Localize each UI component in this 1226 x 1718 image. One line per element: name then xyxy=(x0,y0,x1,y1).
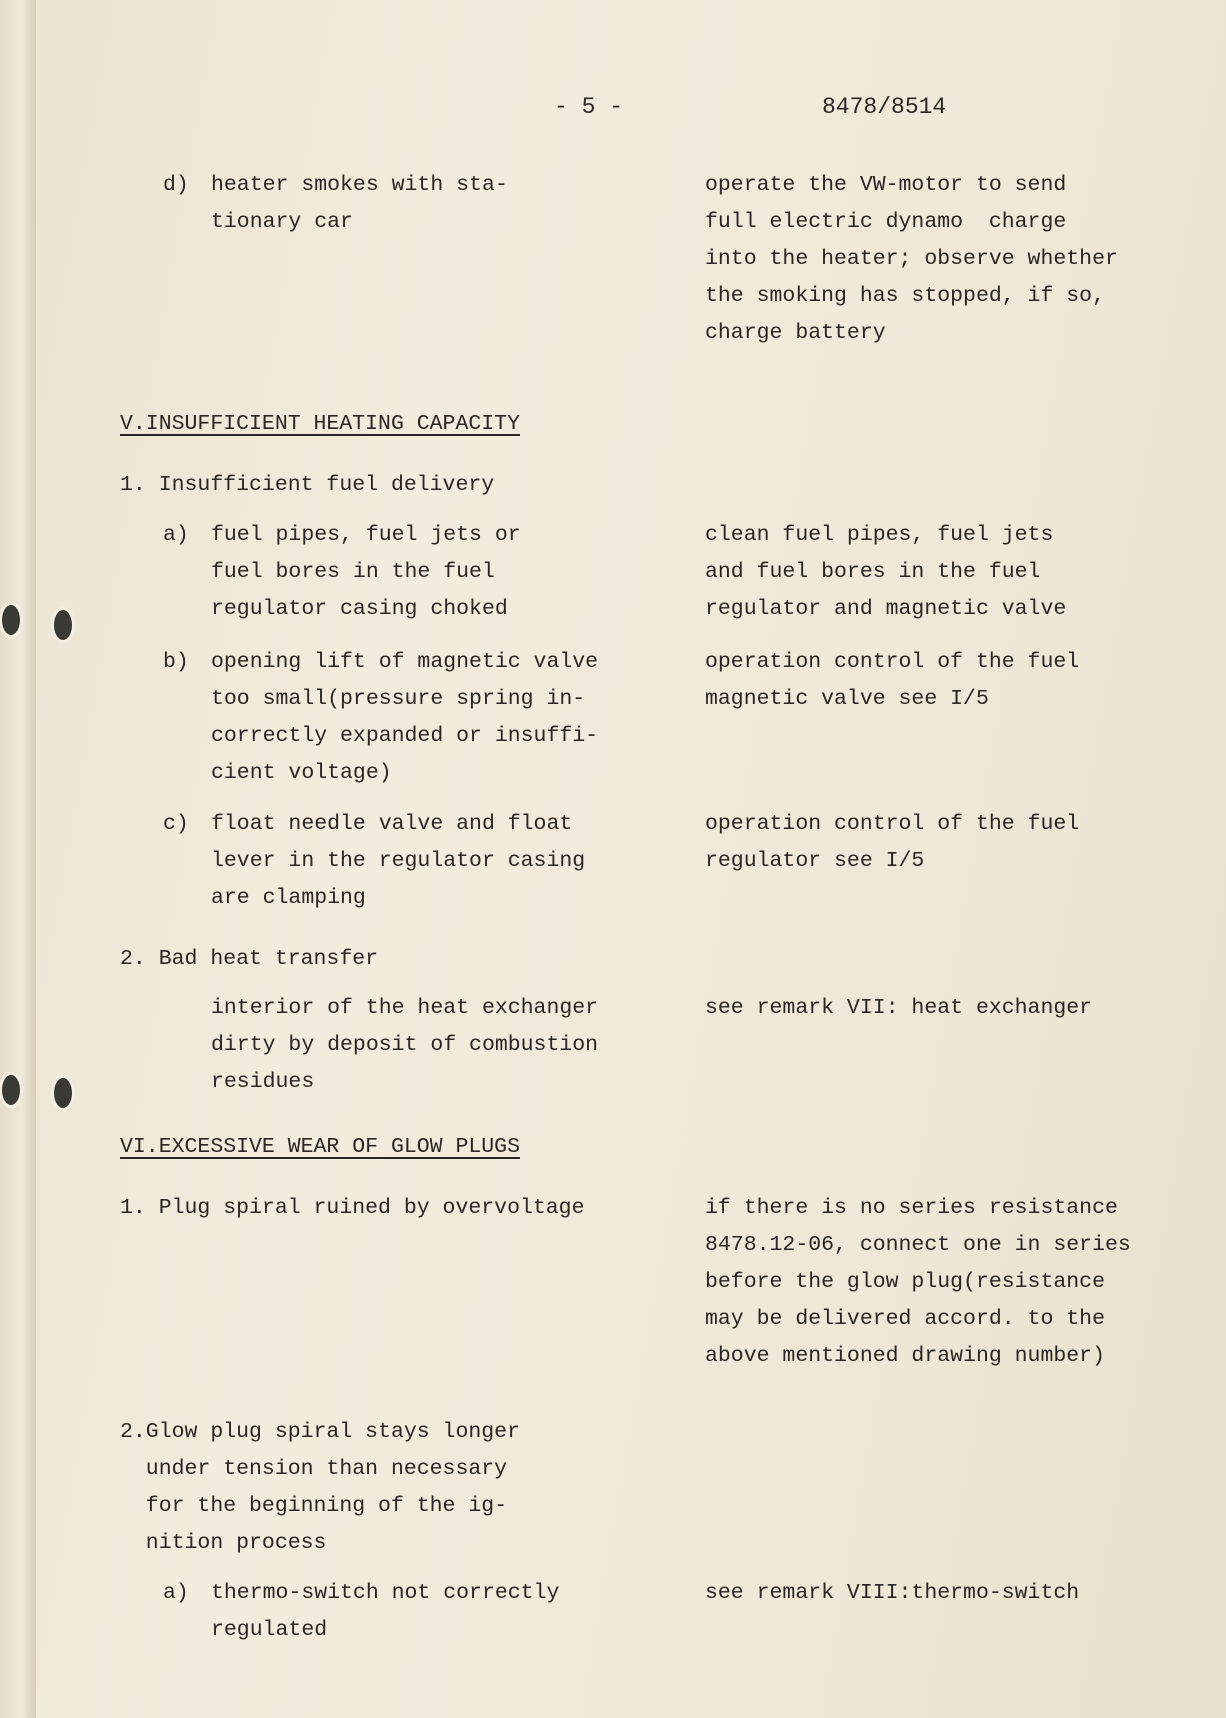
punch-hole xyxy=(54,1078,72,1108)
document-number: 8478/8514 xyxy=(822,94,946,120)
problem-text: fuel pipes, fuel jets or fuel bores in t… xyxy=(211,517,521,628)
item-heading: 2. Bad heat transfer xyxy=(120,941,378,978)
remedy-text: see remark VII: heat exchanger xyxy=(705,990,1092,1027)
problem-text: heater smokes with sta- tionary car xyxy=(211,167,508,241)
remedy-text: operate the VW-motor to send full electr… xyxy=(705,167,1118,352)
item-label: a) xyxy=(163,1575,189,1612)
remedy-text: clean fuel pipes, fuel jets and fuel bor… xyxy=(705,517,1066,628)
item-heading: 1. Insufficient fuel delivery xyxy=(120,467,494,504)
page-number: - 5 - xyxy=(554,94,623,120)
problem-text: opening lift of magnetic valve too small… xyxy=(211,644,598,792)
section-title: VI.EXCESSIVE WEAR OF GLOW PLUGS xyxy=(120,1129,520,1166)
item-label: d) xyxy=(163,167,189,204)
remedy-text: if there is no series resistance 8478.12… xyxy=(705,1190,1131,1375)
problem-text: thermo-switch not correctly regulated xyxy=(211,1575,559,1649)
remedy-text: see remark VIII:thermo-switch xyxy=(705,1575,1079,1612)
punch-hole xyxy=(2,605,20,635)
item-label: b) xyxy=(163,644,189,681)
problem-text: interior of the heat exchanger dirty by … xyxy=(211,990,598,1101)
punch-hole xyxy=(54,610,72,640)
item-heading: 1. Plug spiral ruined by overvoltage xyxy=(120,1190,584,1227)
remedy-text: operation control of the fuel magnetic v… xyxy=(705,644,1079,718)
binder-edge xyxy=(0,0,37,1718)
remedy-text: operation control of the fuel regulator … xyxy=(705,806,1079,880)
item-heading: 2.Glow plug spiral stays longer under te… xyxy=(120,1414,520,1562)
punch-hole xyxy=(2,1075,20,1105)
problem-text: float needle valve and float lever in th… xyxy=(211,806,585,917)
section-title: V.INSUFFICIENT HEATING CAPACITY xyxy=(120,406,520,443)
item-label: a) xyxy=(163,517,189,554)
item-label: c) xyxy=(163,806,189,843)
